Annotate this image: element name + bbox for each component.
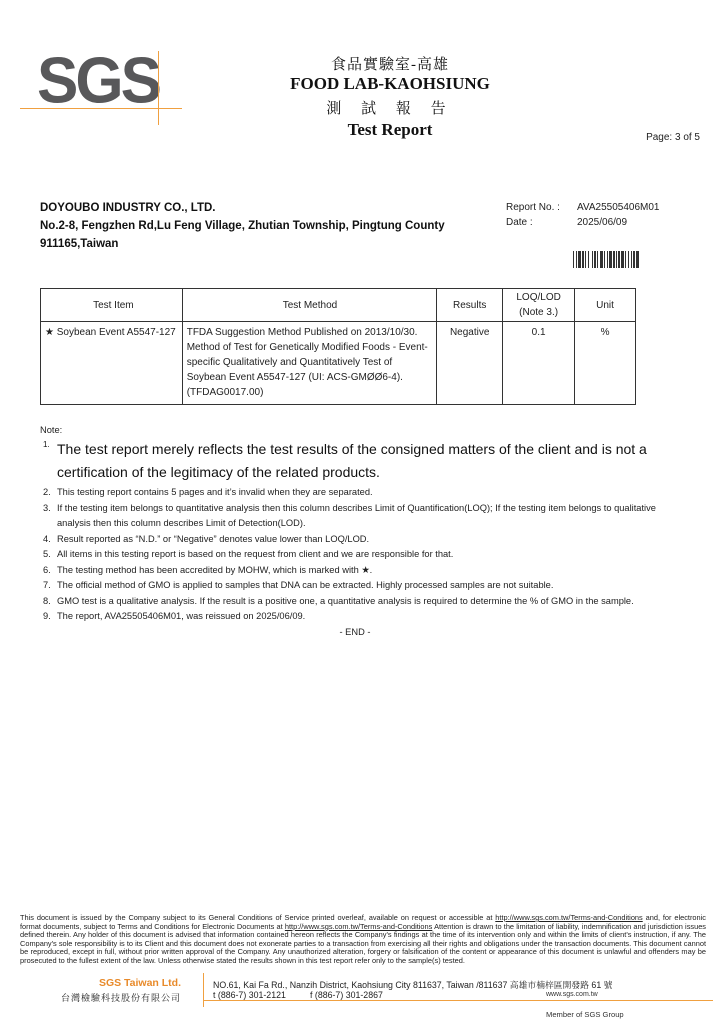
note-item: 8.GMO test is a qualitative analysis. If… bbox=[40, 594, 670, 610]
cell-loq-lod: 0.1 bbox=[503, 322, 575, 405]
note-item: 6.The testing method has been accredited… bbox=[40, 563, 670, 579]
note-number: 4. bbox=[40, 532, 57, 548]
header-test-method: Test Method bbox=[182, 289, 437, 322]
client-address-line2: 911165,Taiwan bbox=[40, 235, 445, 253]
note-text: The testing method has been accredited b… bbox=[57, 563, 372, 579]
footer-divider-horizontal bbox=[203, 1000, 713, 1001]
report-no-value: AVA25505406M01 bbox=[577, 200, 659, 215]
lab-title-english: FOOD LAB-KAOHSIUNG bbox=[28, 74, 724, 94]
note-text: All items in this testing report is base… bbox=[57, 547, 453, 563]
barcode-icon bbox=[573, 251, 683, 268]
note-text: GMO test is a qualitative analysis. If t… bbox=[57, 594, 634, 610]
footer-website: www.sgs.com.tw bbox=[546, 991, 598, 998]
footer-company: SGS Taiwan Ltd. 台灣檢驗科技股份有限公司 bbox=[61, 977, 181, 1004]
header-loq-lod: LOQ/LOD (Note 3.) bbox=[503, 289, 575, 322]
note-item: 5.All items in this testing report is ba… bbox=[40, 547, 670, 563]
client-address-line1: No.2-8, Fengzhen Rd,Lu Feng Village, Zhu… bbox=[40, 217, 445, 235]
footer-phone: t (886-7) 301-2121 bbox=[213, 990, 286, 1000]
note-item: 2.This testing report contains 5 pages a… bbox=[40, 485, 670, 501]
date-label: Date : bbox=[506, 215, 577, 230]
header-unit: Unit bbox=[575, 289, 636, 322]
note-text: This testing report contains 5 pages and… bbox=[57, 485, 373, 501]
lab-title-chinese: 食品實驗室-高雄 bbox=[28, 53, 724, 74]
table-row: ★ Soybean Event A5547-127 TFDA Suggestio… bbox=[41, 322, 636, 405]
header-loq-lod-note: (Note 3.) bbox=[503, 305, 574, 320]
note-number: 5. bbox=[40, 547, 57, 563]
note-text: The official method of GMO is applied to… bbox=[57, 578, 553, 594]
note-number: 1. bbox=[40, 438, 57, 484]
cell-test-item: ★ Soybean Event A5547-127 bbox=[41, 322, 183, 405]
note-number: 6. bbox=[40, 563, 57, 579]
note-number: 8. bbox=[40, 594, 57, 610]
note-text: If the testing item belongs to quantitat… bbox=[57, 501, 670, 532]
header-results: Results bbox=[437, 289, 503, 322]
page-number: Page: 3 of 5 bbox=[646, 132, 700, 143]
footer-fax: f (886-7) 301-2867 bbox=[310, 990, 383, 1000]
client-block: DOYOUBO INDUSTRY CO., LTD. No.2-8, Fengz… bbox=[40, 199, 445, 253]
report-meta: Report No. : AVA25505406M01 Date : 2025/… bbox=[506, 200, 659, 230]
notes-list: 1.The test report merely reflects the te… bbox=[40, 438, 670, 625]
footer-member: Member of SGS Group bbox=[546, 1010, 624, 1019]
cell-result: Negative bbox=[437, 322, 503, 405]
footer-divider-vertical bbox=[203, 973, 204, 1007]
header-test-item: Test Item bbox=[41, 289, 183, 322]
notes-section: Note: 1.The test report merely reflects … bbox=[40, 425, 670, 637]
results-table: Test Item Test Method Results LOQ/LOD (N… bbox=[40, 288, 636, 405]
company-name-chinese: 台灣檢驗科技股份有限公司 bbox=[61, 991, 181, 1004]
note-item: 9.The report, AVA25505406M01, was reissu… bbox=[40, 609, 670, 625]
note-item: 1.The test report merely reflects the te… bbox=[40, 438, 670, 484]
report-no-label: Report No. : bbox=[506, 200, 577, 215]
report-title-chinese: 測 試 報 告 bbox=[28, 97, 724, 118]
client-name: DOYOUBO INDUSTRY CO., LTD. bbox=[40, 199, 445, 217]
note-number: 7. bbox=[40, 578, 57, 594]
note-item: 3.If the testing item belongs to quantit… bbox=[40, 501, 670, 532]
report-title-english: Test Report bbox=[28, 120, 724, 140]
notes-title: Note: bbox=[40, 425, 670, 435]
company-name-english: SGS Taiwan Ltd. bbox=[61, 977, 181, 989]
note-number: 2. bbox=[40, 485, 57, 501]
cell-unit: % bbox=[575, 322, 636, 405]
header-loq-lod-label: LOQ/LOD bbox=[503, 290, 574, 305]
note-item: 4.Result reported as “N.D.” or “Negative… bbox=[40, 532, 670, 548]
note-text: Result reported as “N.D.” or “Negative” … bbox=[57, 532, 369, 548]
note-item: 7.The official method of GMO is applied … bbox=[40, 578, 670, 594]
note-number: 3. bbox=[40, 501, 57, 532]
date-value: 2025/06/09 bbox=[577, 215, 627, 230]
note-text: The report, AVA25505406M01, was reissued… bbox=[57, 609, 305, 625]
end-marker: - END - bbox=[40, 627, 670, 637]
legal-disclaimer: This document is issued by the Company s… bbox=[20, 914, 706, 966]
table-header-row: Test Item Test Method Results LOQ/LOD (N… bbox=[41, 289, 636, 322]
cell-test-method: TFDA Suggestion Method Published on 2013… bbox=[182, 322, 437, 405]
note-number: 9. bbox=[40, 609, 57, 625]
note-text: The test report merely reflects the test… bbox=[57, 438, 670, 484]
